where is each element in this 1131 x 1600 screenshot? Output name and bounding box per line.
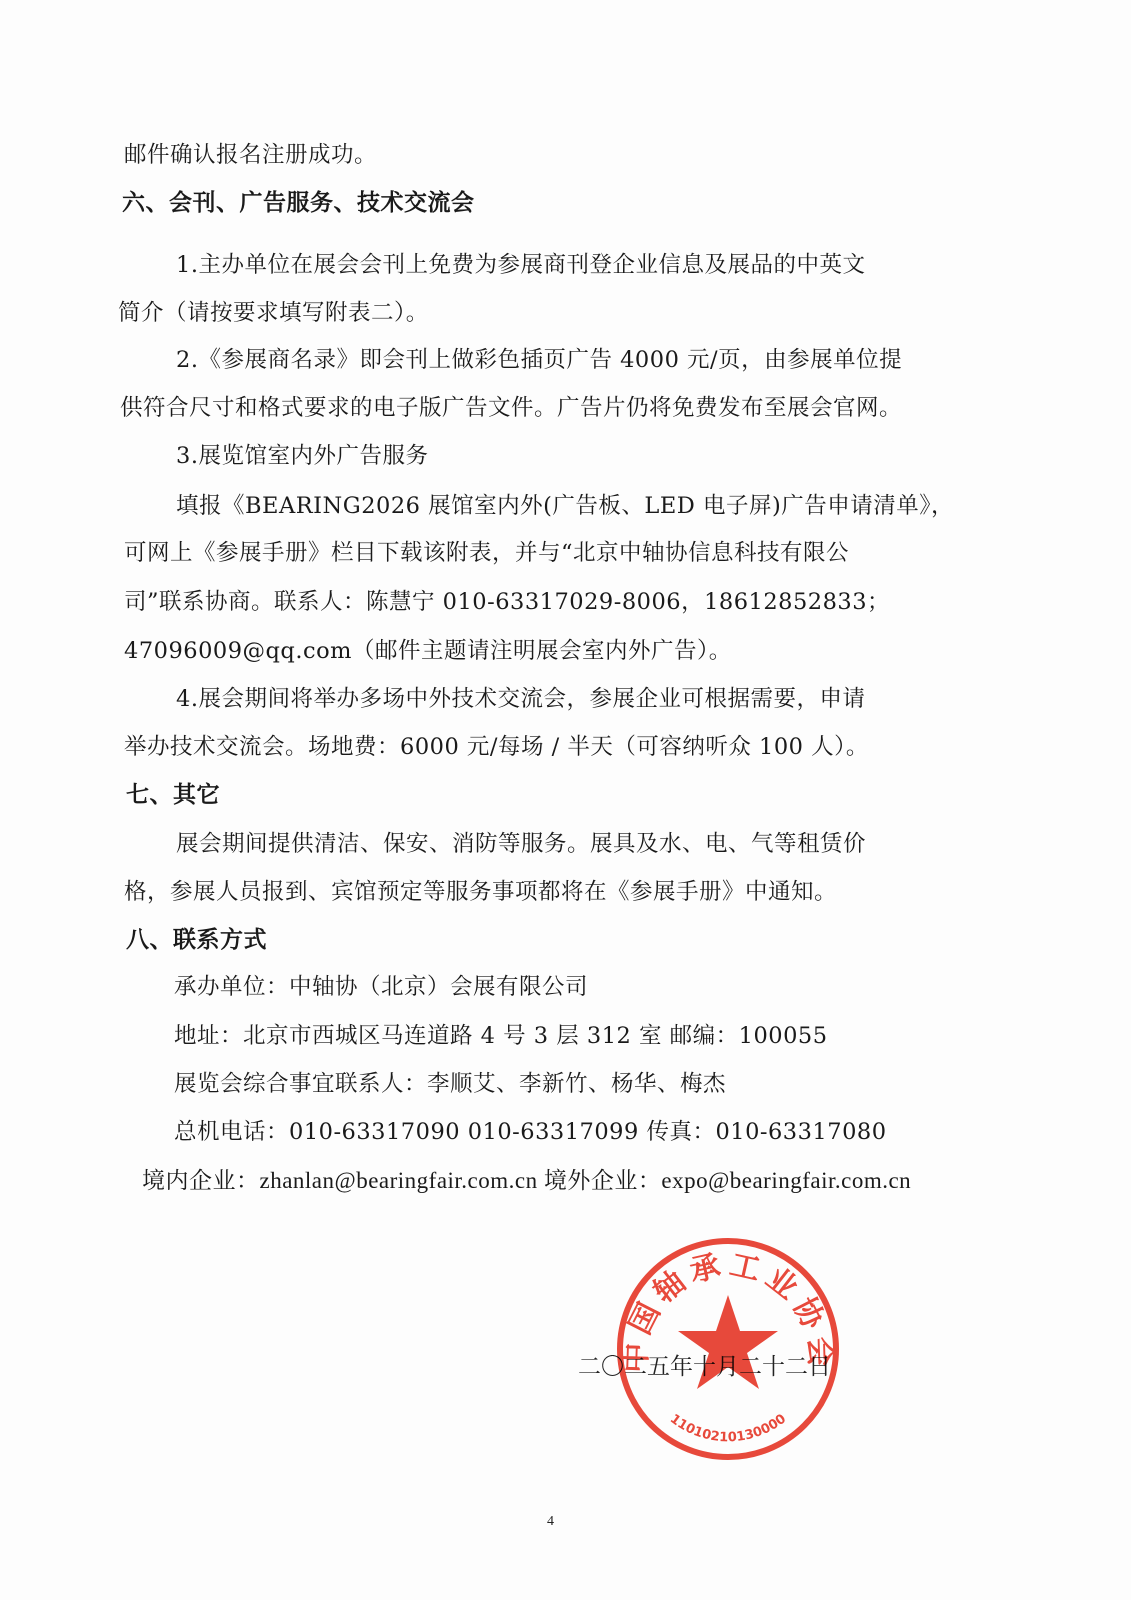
- contact-organizer: 承办单位：中轴协（北京）会展有限公司: [174, 972, 588, 1002]
- text-line: 2.《参展商名录》即会刊上做彩色插页广告 4000 元/页，由参展单位提: [176, 345, 902, 375]
- text-line: 邮件确认报名注册成功。: [124, 140, 377, 170]
- text-line: 1.主办单位在展会会刊上免费为参展商刊登企业信息及展品的中英文: [176, 250, 865, 280]
- text-line: 司”联系协商。联系人：陈慧宁 010-63317029-8006，1861285…: [124, 587, 890, 617]
- text-line: 举办技术交流会。场地费：6000 元/每场 / 半天（可容纳听众 100 人）。: [124, 732, 869, 762]
- contact-address: 地址：北京市西城区马连道路 4 号 3 层 312 室 邮编：100055: [174, 1021, 828, 1051]
- text-line: 填报《BEARING2026 展馆室内外(广告板、LED 电子屏)广告申请清单》…: [176, 491, 954, 521]
- contact-persons: 展览会综合事宜联系人：李顺艾、李新竹、杨华、梅杰: [174, 1069, 726, 1099]
- text-line: 展会期间提供清洁、保安、消防等服务。展具及水、电、气等租赁价: [176, 829, 866, 859]
- official-seal-icon: 中国轴承工业协会 11010210130000: [612, 1233, 844, 1465]
- section-heading-6: 六、会刊、广告服务、技术交流会: [122, 188, 475, 218]
- text-line: 格，参展人员报到、宾馆预定等服务事项都将在《参展手册》中通知。: [124, 877, 837, 907]
- text-line: 4.展会期间将举办多场中外技术交流会，参展企业可根据需要，申请: [176, 684, 865, 714]
- svg-text:11010210130000: 11010210130000: [667, 1412, 789, 1446]
- page-number: 4: [547, 1514, 554, 1530]
- section-heading-7: 七、其它: [126, 780, 220, 810]
- text-line: 简介（请按要求填写附表二）。: [118, 298, 429, 328]
- contact-emails: 境内企业：zhanlan@bearingfair.com.cn 境外企业：exp…: [142, 1166, 911, 1196]
- contact-phones: 总机电话：010-63317090 010-63317099 传真：010-63…: [174, 1117, 887, 1147]
- text-line: 供符合尺寸和格式要求的电子版广告文件。广告片仍将免费发布至展会官网。: [120, 393, 902, 423]
- text-line: 47096009@qq.com（邮件主题请注明展会室内外广告）。: [124, 636, 732, 666]
- text-line: 可网上《参展手册》栏目下载该附表，并与“北京中轴协信息科技有限公: [124, 538, 849, 568]
- document-page: 邮件确认报名注册成功。 六、会刊、广告服务、技术交流会 1.主办单位在展会会刊上…: [0, 0, 1131, 1600]
- text-line: 3.展览馆室内外广告服务: [176, 441, 428, 471]
- section-heading-8: 八、联系方式: [126, 925, 267, 955]
